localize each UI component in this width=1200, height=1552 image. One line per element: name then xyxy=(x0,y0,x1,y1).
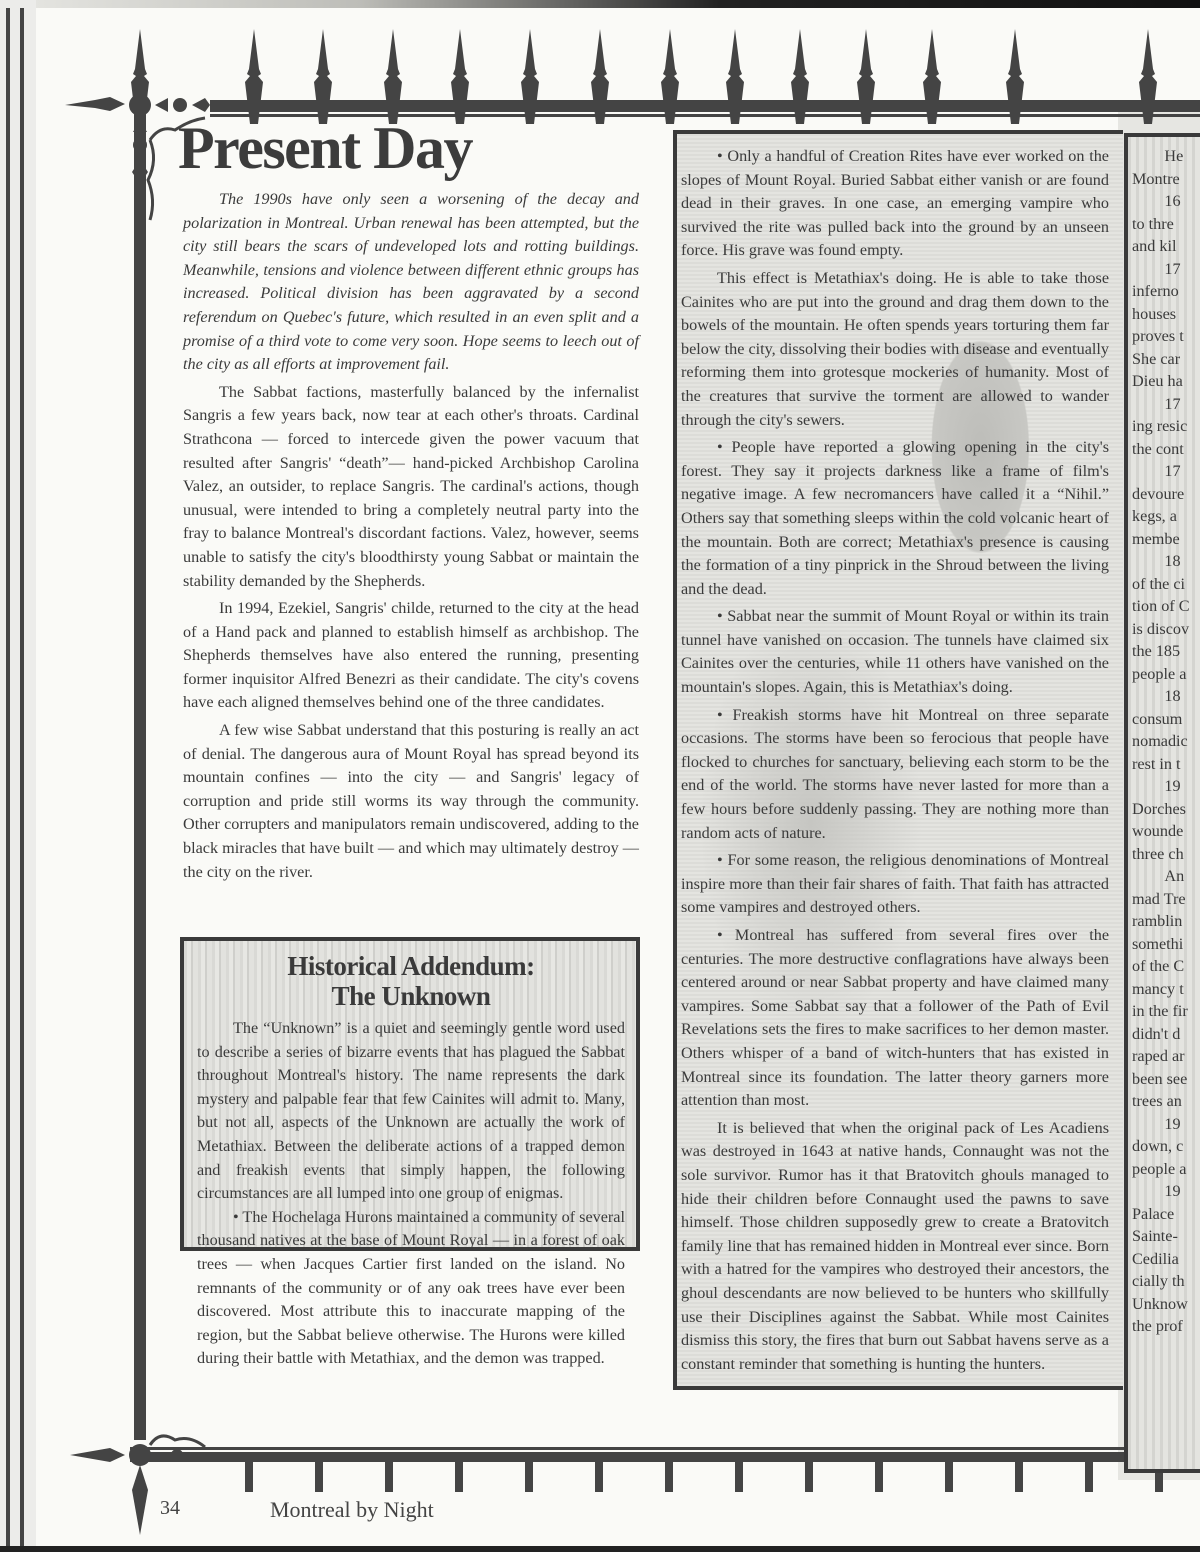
facing-page-text: HeMontre 16to threand kil 17infernohouse… xyxy=(1132,145,1200,1338)
running-footer: Montreal by Night xyxy=(270,1497,434,1523)
sidebar-bullet: • Sabbat near the summit of Mount Royal … xyxy=(681,605,1109,699)
facing-page-line: tion of C xyxy=(1132,595,1200,618)
spine-line xyxy=(6,8,10,1552)
facing-page-line: She car xyxy=(1132,348,1200,371)
facing-page-line: didn't d xyxy=(1132,1023,1200,1046)
sidebar-paragraph: This effect is Metathiax's doing. He is … xyxy=(681,267,1109,432)
facing-page-line: trees an xyxy=(1132,1090,1200,1113)
facing-page-line: An xyxy=(1132,865,1200,888)
page-bottom-edge xyxy=(0,1546,1200,1552)
facing-page-line: Cedilia xyxy=(1132,1248,1200,1271)
facing-page-line: 17 xyxy=(1132,393,1200,416)
intro-paragraph: The 1990s have only seen a worsening of … xyxy=(183,188,639,377)
sidebar-bullet: • People have reported a glowing opening… xyxy=(681,436,1109,601)
facing-page-line: 19 xyxy=(1132,775,1200,798)
page-number: 34 xyxy=(160,1497,180,1520)
facing-page-line: 18 xyxy=(1132,550,1200,573)
body-paragraph: The Sabbat factions, masterfully balance… xyxy=(183,381,639,593)
facing-page-line: 17 xyxy=(1132,460,1200,483)
facing-page-line: Montre xyxy=(1132,168,1200,191)
facing-page-line: ing resic xyxy=(1132,415,1200,438)
facing-page-line: is discov xyxy=(1132,618,1200,641)
fence-spikes xyxy=(131,29,1157,124)
book-spine xyxy=(0,0,36,1552)
facing-page-line: people a xyxy=(1132,1158,1200,1181)
facing-page-line: three ch xyxy=(1132,843,1200,866)
facing-page-line: down, c xyxy=(1132,1135,1200,1158)
facing-page-line: inferno xyxy=(1132,280,1200,303)
facing-page-line: consum xyxy=(1132,708,1200,731)
facing-page-line: proves t xyxy=(1132,325,1200,348)
facing-page-line: ramblin xyxy=(1132,910,1200,933)
fence-posts-bottom xyxy=(245,1452,1163,1492)
facing-page-line: 16 xyxy=(1132,190,1200,213)
facing-page-line: 19 xyxy=(1132,1113,1200,1136)
facing-page-line: Palace xyxy=(1132,1203,1200,1226)
sidebar-bullet: • For some reason, the religious denomin… xyxy=(681,849,1109,920)
sidebar-heading: Historical Addendum: The Unknown xyxy=(197,951,625,1011)
facing-page-line: houses xyxy=(1132,303,1200,326)
facing-page-line: rest in t xyxy=(1132,753,1200,776)
page-title: Present Day xyxy=(178,118,472,178)
facing-page-line: wounde xyxy=(1132,820,1200,843)
facing-page-line: to thre xyxy=(1132,213,1200,236)
sidebar-left-content: Historical Addendum: The Unknown The “Un… xyxy=(183,945,635,1371)
facing-page-line: somethi xyxy=(1132,933,1200,956)
sidebar-paragraph: It is believed that when the original pa… xyxy=(681,1117,1109,1377)
sidebar-right-content: • Only a handful of Creation Rites have … xyxy=(681,145,1109,1380)
facing-page-line: 18 xyxy=(1132,685,1200,708)
sidebar-bullet: • Montreal has suffered from several fir… xyxy=(681,924,1109,1113)
facing-page-line: mad Tre xyxy=(1132,888,1200,911)
facing-page-line: Dieu ha xyxy=(1132,370,1200,393)
facing-page-line: the 185 xyxy=(1132,640,1200,663)
facing-page-line: the prof xyxy=(1132,1315,1200,1338)
facing-page-line: cially th xyxy=(1132,1270,1200,1293)
facing-page-line: kegs, a xyxy=(1132,505,1200,528)
facing-page-line: 19 xyxy=(1132,1180,1200,1203)
facing-page-line: 17 xyxy=(1132,258,1200,281)
facing-page-line: and kil xyxy=(1132,235,1200,258)
facing-page-line: raped ar xyxy=(1132,1045,1200,1068)
facing-page-line: been see xyxy=(1132,1068,1200,1091)
facing-page-line: Dorches xyxy=(1132,798,1200,821)
page-top-edge xyxy=(0,0,1200,8)
facing-page-line: in the fir xyxy=(1132,1000,1200,1023)
sidebar-bullet: • The Hochelaga Hurons maintained a comm… xyxy=(197,1206,625,1371)
facing-page-line: nomadic xyxy=(1132,730,1200,753)
facing-page-line: the cont xyxy=(1132,438,1200,461)
facing-page-line: He xyxy=(1132,145,1200,168)
spine-line xyxy=(20,8,24,1552)
body-paragraph: A few wise Sabbat understand that this p… xyxy=(183,719,639,884)
body-paragraph: In 1994, Ezekiel, Sangris' childe, retur… xyxy=(183,597,639,715)
facing-page-line: membe xyxy=(1132,528,1200,551)
facing-page-line: of the ci xyxy=(1132,573,1200,596)
facing-page-line: mancy t xyxy=(1132,978,1200,1001)
main-body: The 1990s have only seen a worsening of … xyxy=(183,188,639,888)
facing-page-line: devoure xyxy=(1132,483,1200,506)
facing-page-line: Unknow xyxy=(1132,1293,1200,1316)
sidebar-bullet: • Only a handful of Creation Rites have … xyxy=(681,145,1109,263)
sidebar-paragraph: The “Unknown” is a quiet and seemingly g… xyxy=(197,1017,625,1206)
sidebar-bullet: • Freakish storms have hit Montreal on t… xyxy=(681,704,1109,846)
facing-page-line: of the C xyxy=(1132,955,1200,978)
facing-page-line: people a xyxy=(1132,663,1200,686)
facing-page-line: Sainte- xyxy=(1132,1225,1200,1248)
